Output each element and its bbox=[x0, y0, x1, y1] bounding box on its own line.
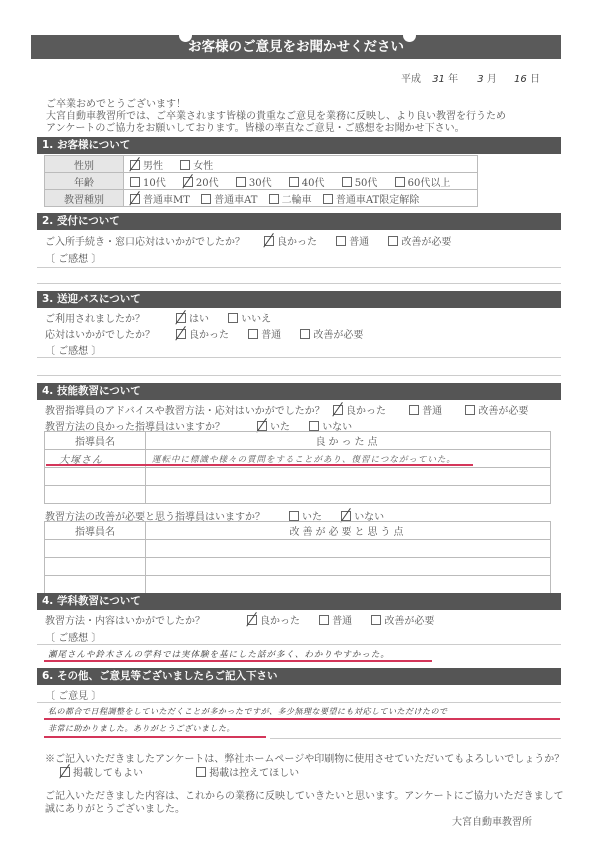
classroom-options: 良かった 普通 改善が必要 bbox=[247, 612, 448, 627]
option-age-10s[interactable]: 10代 bbox=[130, 174, 166, 189]
comment-line[interactable] bbox=[37, 702, 561, 703]
classroom-comment-text[interactable]: 瀬尾さんや鈴木さんの学科では実体験を基にした話が多く、わかりやすかった。 bbox=[48, 648, 390, 660]
section-header-reception: 2. 受付について bbox=[37, 213, 561, 230]
comment-line[interactable] bbox=[37, 357, 561, 358]
option-refuse-publish[interactable]: 掲載は控えてほしい bbox=[196, 764, 299, 779]
column-header-good-points: 良かった点 bbox=[146, 432, 551, 450]
checkbox-icon[interactable] bbox=[300, 329, 310, 339]
age-label: 年齢 bbox=[45, 173, 124, 190]
option-label: 普通 bbox=[261, 330, 281, 341]
date-day[interactable]: 16 bbox=[514, 74, 527, 85]
checkbox-icon[interactable] bbox=[409, 405, 419, 415]
other-comment-line-1[interactable]: 私の都合で日程調整をしていただくことが多かったですが、多少無理な要望にも対応して… bbox=[48, 706, 448, 717]
bus-comment-label: 〔 ご感想 〕 bbox=[45, 342, 101, 357]
option-label: 掲載してもよい bbox=[73, 768, 143, 779]
gender-label: 性別 bbox=[45, 156, 124, 173]
checkbox-icon[interactable] bbox=[269, 194, 279, 204]
date-year-unit: 年 bbox=[448, 74, 458, 85]
option-age-20s[interactable]: 20代 bbox=[183, 174, 219, 189]
section-header-driving-lessons: 4. 技能教習について bbox=[37, 383, 561, 400]
gender-row: 性別 男性 女性 bbox=[45, 156, 478, 173]
checkbox-checked-icon[interactable] bbox=[130, 160, 140, 170]
other-comment-line-2[interactable]: 非常に助かりました。ありがとうございました。 bbox=[48, 723, 235, 734]
comment-line[interactable] bbox=[270, 738, 561, 739]
section-header-classroom-lessons: 4. 学科教習について bbox=[37, 593, 561, 610]
option-good[interactable]: 良かった bbox=[247, 612, 300, 627]
option-normal[interactable]: 普通 bbox=[336, 233, 369, 248]
option-label: 普通車MT bbox=[143, 195, 190, 206]
option-needs-improvement[interactable]: 改善が必要 bbox=[388, 233, 451, 248]
bus-usage-options: はい いいえ bbox=[176, 310, 285, 325]
date-era: 平成 bbox=[401, 74, 421, 85]
option-good[interactable]: 良かった bbox=[176, 326, 229, 341]
option-label: 40代 bbox=[302, 178, 325, 189]
section-header-customer: 1. お客様について bbox=[37, 137, 561, 154]
course-type-label: 教習種別 bbox=[45, 190, 124, 207]
table-row bbox=[45, 576, 551, 594]
bus-usage-question: ご利用されましたか？ bbox=[45, 310, 145, 325]
option-normal[interactable]: 普通 bbox=[319, 612, 352, 627]
checkbox-icon[interactable] bbox=[289, 511, 299, 521]
instructor-advice-options: 良かった 普通 改善が必要 bbox=[333, 402, 542, 417]
classroom-question: 教習方法・内容はいかがでしたか？ bbox=[45, 612, 205, 627]
comment-line[interactable] bbox=[37, 267, 561, 268]
checkbox-checked-icon[interactable] bbox=[257, 421, 267, 431]
reception-options: 良かった 普通 改善が必要 bbox=[264, 233, 465, 248]
table-header-row: 指導員名 改善が必要と思う点 bbox=[45, 522, 551, 540]
instructor-name-cell[interactable] bbox=[45, 486, 146, 504]
school-signature: 大宮自動車教習所 bbox=[452, 813, 532, 828]
date-month-unit: 月 bbox=[487, 74, 497, 85]
option-age-40s[interactable]: 40代 bbox=[289, 174, 325, 189]
comment-line[interactable] bbox=[37, 375, 561, 376]
handwritten-underline bbox=[44, 736, 266, 738]
option-label: 改善が必要 bbox=[401, 237, 451, 248]
instructor-name-cell[interactable] bbox=[45, 468, 146, 486]
option-no[interactable]: いいえ bbox=[228, 310, 271, 325]
option-label: 二輪車 bbox=[282, 195, 312, 206]
handwritten-underline bbox=[46, 464, 473, 466]
column-header-instructor: 指導員名 bbox=[45, 522, 146, 540]
instructor-advice-question: 教習指導員のアドバイスや教習方法・応対はいかがでしたか？ bbox=[45, 402, 325, 417]
checkbox-icon[interactable] bbox=[395, 177, 405, 187]
publish-options: 掲載してもよい 掲載は控えてほしい bbox=[60, 764, 313, 779]
checkbox-checked-icon[interactable] bbox=[176, 313, 186, 323]
checkbox-icon[interactable] bbox=[236, 177, 246, 187]
option-label: 普通 bbox=[422, 406, 442, 417]
option-mt[interactable]: 普通車MT bbox=[130, 191, 190, 206]
option-good[interactable]: 良かった bbox=[333, 402, 386, 417]
instructor-name-cell[interactable] bbox=[45, 558, 146, 576]
punch-hole bbox=[403, 29, 416, 42]
option-label: 普通 bbox=[332, 616, 352, 627]
checkbox-icon[interactable] bbox=[196, 767, 206, 777]
option-yes[interactable]: はい bbox=[176, 310, 209, 325]
checkbox-icon[interactable] bbox=[323, 194, 333, 204]
table-row bbox=[45, 540, 551, 558]
reception-comment-label: 〔 ご感想 〕 bbox=[45, 250, 101, 265]
handwritten-underline bbox=[44, 660, 432, 662]
option-allow-publish[interactable]: 掲載してもよい bbox=[60, 764, 143, 779]
option-age-50s[interactable]: 50代 bbox=[342, 174, 378, 189]
improve-points-cell[interactable] bbox=[146, 540, 551, 558]
date-field: 平成 31 年 3 月 16 日 bbox=[401, 70, 540, 85]
option-label: 掲載は控えてほしい bbox=[209, 768, 299, 779]
table-row bbox=[45, 558, 551, 576]
column-header-improve-points: 改善が必要と思う点 bbox=[146, 522, 551, 540]
improve-points-cell[interactable] bbox=[146, 558, 551, 576]
good-points-cell[interactable] bbox=[146, 468, 551, 486]
option-normal[interactable]: 普通 bbox=[409, 402, 442, 417]
option-label: 改善が必要 bbox=[313, 330, 363, 341]
table-row bbox=[45, 468, 551, 486]
option-at-limit-removal[interactable]: 普通車AT限定解除 bbox=[323, 191, 419, 206]
customer-info-table: 性別 男性 女性 年齢 10代 20代 30代 40代 50代 60代以上 教習… bbox=[44, 155, 478, 207]
checkbox-icon[interactable] bbox=[289, 177, 299, 187]
form-title: お客様のご意見をお聞かせください bbox=[188, 39, 404, 55]
section-header-other-comments: 6. その他、ご意見等ございましたらご記入下さい bbox=[37, 668, 561, 685]
section-header-shuttle-bus: 3. 送迎バスについて bbox=[37, 291, 561, 308]
instructor-name-cell[interactable] bbox=[45, 540, 146, 558]
option-label: 普通車AT bbox=[214, 195, 257, 206]
option-age-60s-plus[interactable]: 60代以上 bbox=[395, 174, 451, 189]
checkbox-icon[interactable] bbox=[371, 615, 381, 625]
checkbox-checked-icon[interactable] bbox=[183, 177, 193, 187]
option-age-30s[interactable]: 30代 bbox=[236, 174, 272, 189]
closing-line-2: 誠にありがとうございました。 bbox=[45, 800, 185, 815]
table-header-row: 指導員名 良かった点 bbox=[45, 432, 551, 450]
good-instructor-table: 指導員名 良かった点 大塚さん 運転中に標識や様々の質問をすることがあり、復習に… bbox=[44, 431, 551, 504]
course-type-row: 教習種別 普通車MT 普通車AT 二輪車 普通車AT限定解除 bbox=[45, 190, 478, 207]
option-label: 10代 bbox=[143, 178, 166, 189]
checkbox-icon[interactable] bbox=[465, 405, 475, 415]
checkbox-checked-icon[interactable] bbox=[60, 767, 70, 777]
checkbox-icon[interactable] bbox=[309, 421, 319, 431]
checkbox-checked-icon[interactable] bbox=[341, 511, 351, 521]
comment-line[interactable] bbox=[37, 644, 561, 645]
option-good[interactable]: 良かった bbox=[264, 233, 317, 248]
option-male[interactable]: 男性 bbox=[130, 157, 163, 172]
checkbox-icon[interactable] bbox=[319, 615, 329, 625]
option-needs-improvement[interactable]: 改善が必要 bbox=[371, 612, 434, 627]
age-row: 年齢 10代 20代 30代 40代 50代 60代以上 bbox=[45, 173, 478, 190]
option-label: 改善が必要 bbox=[384, 616, 434, 627]
option-label: 改善が必要 bbox=[478, 406, 528, 417]
instructor-name-cell[interactable] bbox=[45, 576, 146, 594]
improve-points-cell[interactable] bbox=[146, 576, 551, 594]
option-needs-improvement[interactable]: 改善が必要 bbox=[465, 402, 528, 417]
checkbox-icon[interactable] bbox=[180, 160, 190, 170]
option-needs-improvement[interactable]: 改善が必要 bbox=[300, 326, 363, 341]
option-label: 60代以上 bbox=[408, 178, 451, 189]
date-month[interactable]: 3 bbox=[477, 74, 483, 85]
table-row bbox=[45, 486, 551, 504]
checkbox-icon[interactable] bbox=[228, 313, 238, 323]
option-at[interactable]: 普通車AT bbox=[201, 191, 257, 206]
option-label: 50代 bbox=[355, 178, 378, 189]
checkbox-checked-icon[interactable] bbox=[130, 194, 140, 204]
classroom-comment-label: 〔 ご感想 〕 bbox=[45, 629, 101, 644]
checkbox-icon[interactable] bbox=[130, 177, 140, 187]
date-day-unit: 日 bbox=[530, 74, 540, 85]
option-label: 女性 bbox=[193, 161, 213, 172]
checkbox-checked-icon[interactable] bbox=[247, 615, 257, 625]
option-normal[interactable]: 普通 bbox=[248, 326, 281, 341]
date-year[interactable]: 31 bbox=[432, 74, 445, 85]
checkbox-checked-icon[interactable] bbox=[176, 329, 186, 339]
handwritten-underline bbox=[44, 718, 560, 720]
punch-hole bbox=[179, 29, 192, 42]
intro-line-3: アンケートのご協力をお願いしております。皆様の率直なご意見・ご感想をお聞かせ下さ… bbox=[46, 119, 465, 134]
checkbox-checked-icon[interactable] bbox=[264, 236, 274, 246]
option-label: いいえ bbox=[241, 314, 271, 325]
improve-instructor-table: 指導員名 改善が必要と思う点 bbox=[44, 521, 551, 594]
reception-question: ご入所手続き・窓口応対はいかがでしたか？ bbox=[45, 233, 245, 248]
checkbox-icon[interactable] bbox=[342, 177, 352, 187]
checkbox-checked-icon[interactable] bbox=[333, 405, 343, 415]
option-motorcycle[interactable]: 二輪車 bbox=[269, 191, 312, 206]
checkbox-icon[interactable] bbox=[201, 194, 211, 204]
other-comment-label: 〔 ご意見 〕 bbox=[45, 687, 101, 702]
checkbox-icon[interactable] bbox=[336, 236, 346, 246]
checkbox-icon[interactable] bbox=[388, 236, 398, 246]
option-label: 普通車AT限定解除 bbox=[336, 195, 419, 206]
option-label: 普通 bbox=[349, 237, 369, 248]
column-header-instructor: 指導員名 bbox=[45, 432, 146, 450]
checkbox-icon[interactable] bbox=[248, 329, 258, 339]
option-label: 30代 bbox=[249, 178, 272, 189]
good-points-cell[interactable] bbox=[146, 486, 551, 504]
comment-line[interactable] bbox=[37, 283, 561, 284]
form-title-bar: お客様のご意見をお聞かせください bbox=[31, 35, 561, 59]
publish-question: ※ご記入いただきましたアンケートは、弊社ホームページや印刷物に使用させていただい… bbox=[45, 750, 564, 765]
bus-service-question: 応対はいかがでしたか？ bbox=[45, 326, 155, 341]
bus-service-options: 良かった 普通 改善が必要 bbox=[176, 326, 377, 341]
option-female[interactable]: 女性 bbox=[180, 157, 213, 172]
